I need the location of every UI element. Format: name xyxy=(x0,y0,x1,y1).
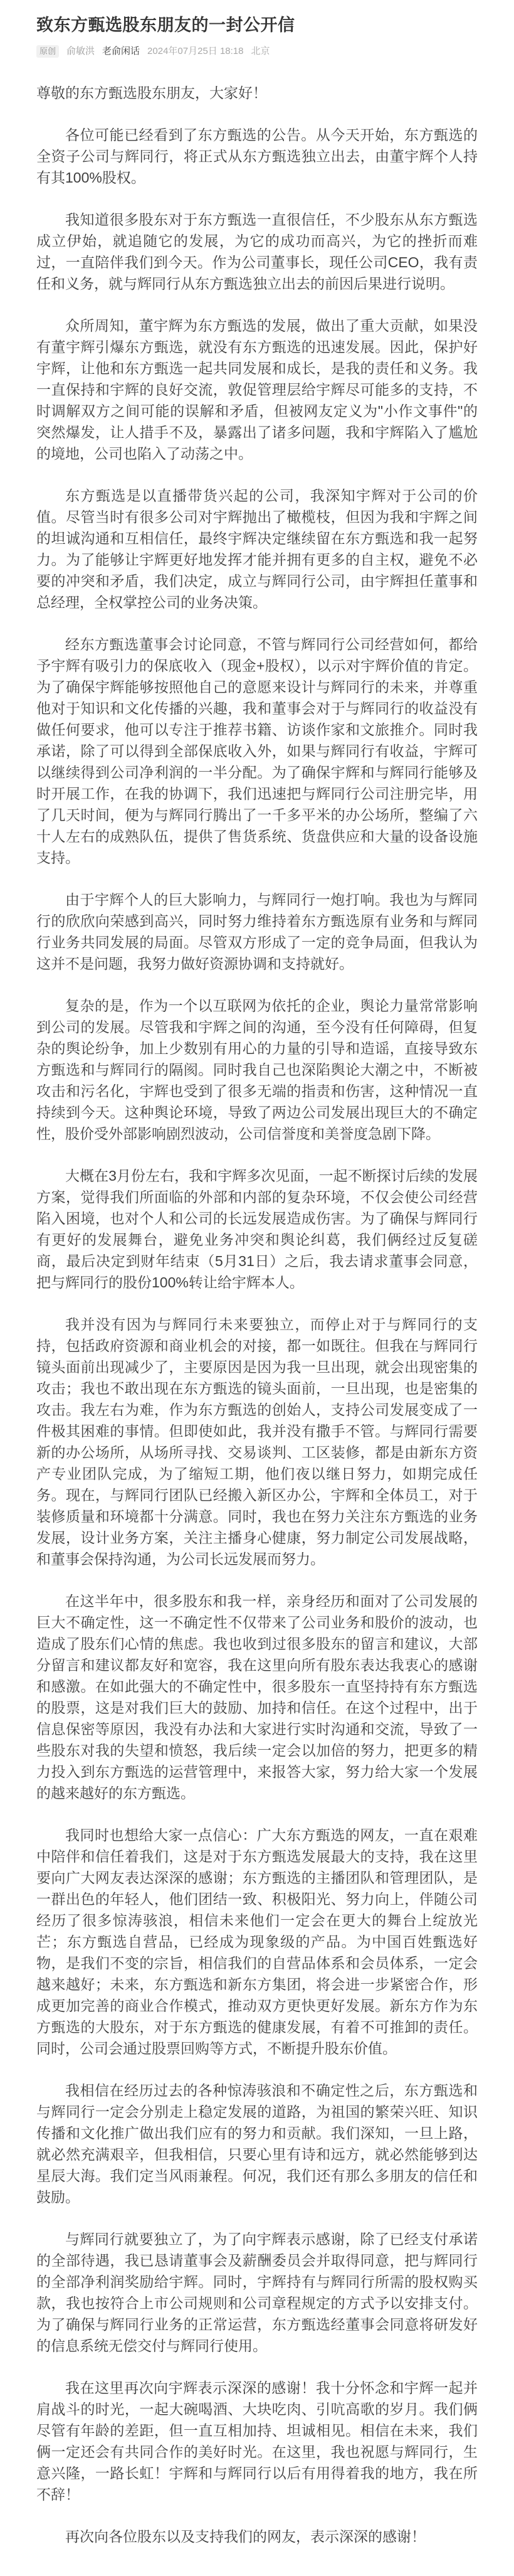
paragraph: 我相信在经历过去的各种惊涛骇浪和不确定性之后，东方甄选和与辉同行一定会分别走上稳… xyxy=(36,2080,478,2208)
paragraph: 与辉同行就要独立了，为了向宇辉表示感谢，除了已经支付承诺的全部待遇，我已恳请董事… xyxy=(36,2228,478,2356)
paragraph: 在这半年中，很多股东和我一样，亲身经历和面对了公司发展的巨大不确定性，这一不确定… xyxy=(36,1590,478,1804)
byline: 原创 俞敏洪 老俞闲话 2024年07月25日 18:18 北京 xyxy=(36,45,478,58)
closing-paragraph: 再次向各位股东以及支持我们的网友，表示深深的感谢！ xyxy=(36,2526,478,2547)
paragraph: 众所周知，董宇辉为东方甄选的发展，做出了重大贡献，如果没有董宇辉引爆东方甄选，就… xyxy=(36,315,478,464)
author-link[interactable]: 俞敏洪 xyxy=(66,45,95,58)
paragraph: 大概在3月份左右，我和宇辉多次见面，一起不断探讨后续的发展方案，觉得我们所面临的… xyxy=(36,1165,478,1293)
page-title: 致东方甄选股东朋友的一封公开信 xyxy=(36,14,478,36)
paragraph: 我同时也想给大家一点信心：广大东方甄选的网友，一直在艰难中陪伴和信任着我们，这是… xyxy=(36,1824,478,2059)
publish-location: 北京 xyxy=(251,45,270,58)
paragraph: 我知道很多股东对于东方甄选一直很信任，不少股东从东方甄选成立伊始，就追随它的发展… xyxy=(36,209,478,294)
original-badge: 原创 xyxy=(36,45,59,58)
paragraph: 经东方甄选董事会讨论同意，不管与辉同行公司经营如何，都给予宇辉有吸引力的保底收入… xyxy=(36,634,478,868)
publish-datetime: 2024年07月25日 18:18 xyxy=(147,45,243,58)
paragraph: 由于宇辉个人的巨大影响力，与辉同行一炮打响。我也为与辉同行的欣欣向荣感到高兴，同… xyxy=(36,889,478,974)
paragraph: 东方甄选是以直播带货兴起的公司，我深知宇辉对于公司的价值。尽管当时有很多公司对宇… xyxy=(36,485,478,613)
account-link[interactable]: 老俞闲话 xyxy=(102,45,140,58)
article-page: 致东方甄选股东朋友的一封公开信 原创 俞敏洪 老俞闲话 2024年07月25日 … xyxy=(0,0,514,2576)
paragraph: 我在这里再次向宇辉表示深深的感谢！我十分怀念和宇辉一起并肩战斗的时光，一起大碗喝… xyxy=(36,2377,478,2505)
salutation: 尊敬的东方甄选股东朋友，大家好！ xyxy=(36,82,478,104)
paragraph: 复杂的是，作为一个以互联网为依托的企业，舆论力量常常影响到公司的发展。尽管我和宇… xyxy=(36,995,478,1144)
paragraph: 各位可能已经看到了东方甄选的公告。从今天开始，东方甄选的全资子公司与辉同行，将正… xyxy=(36,124,478,188)
article-body: 尊敬的东方甄选股东朋友，大家好！ 各位可能已经看到了东方甄选的公告。从今天开始，… xyxy=(36,82,478,2547)
paragraph: 我并没有因为与辉同行未来要独立，而停止对于与辉同行的支持，包括政府资源和商业机会… xyxy=(36,1314,478,1570)
